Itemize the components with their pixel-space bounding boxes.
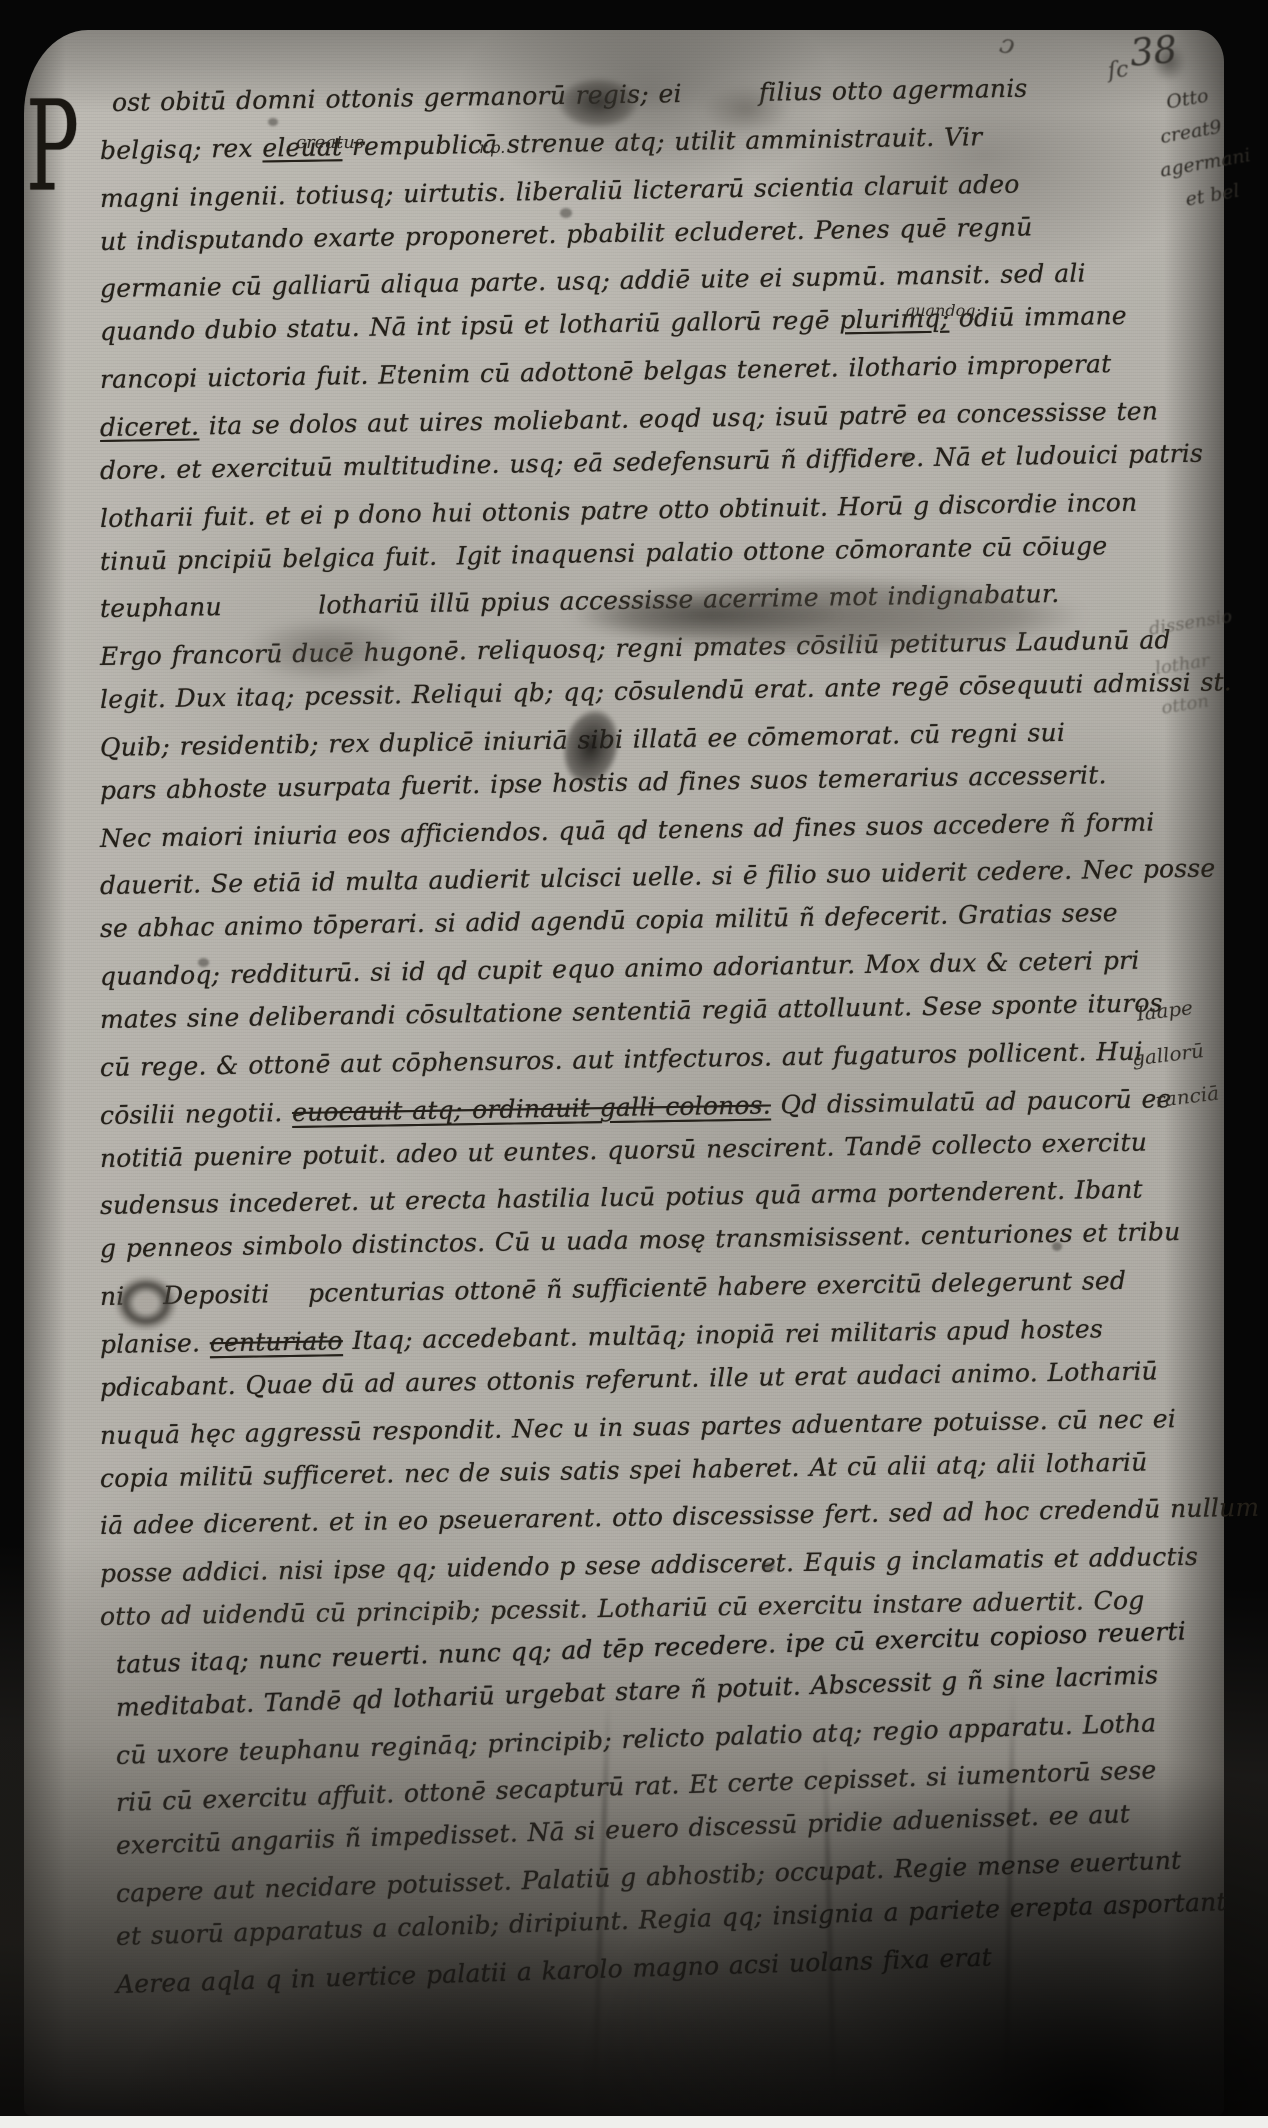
speck [268,118,278,126]
strikethrough-text: euocauit atq; ordinauit galli colonos. [292,1090,771,1127]
bottom-edge-strip [0,2116,1268,2128]
manuscript-line: rancopi uictoria fuit. Etenim cū adotton… [100,343,1190,400]
manuscript-line: ost obitū domni ottonis germanorū regis;… [112,66,1202,123]
manuscript-line: Nec maiori iniuria eos afficiendos. quā … [100,802,1190,859]
speck [560,208,572,218]
interlinear-addition: creatus [296,132,364,153]
manuscript-line: cū rege. & ottonē aut cōphensuros. aut i… [100,1031,1190,1088]
manuscript-line: teuphanu lothariū illū ppius accessisse … [100,572,1190,629]
interlinear-addition: .r.p. [474,138,505,157]
interlinear-addition: quandoq; [905,301,981,320]
manuscript-line: belgisq; rex eleuat rempublicā strenue a… [100,114,1190,171]
text-block: ost obitū domni ottonis germanorū regis;… [0,0,1268,2128]
manuscript-photo: 38 ɔ ſc P ost obitū domni ottonis german… [0,0,1268,2128]
strikethrough-text: centuriato [210,1326,343,1357]
margin-note-line: ranciā [1153,1071,1222,1122]
manuscript-line: iā adee dicerent. et in eo pseuerarent. … [100,1489,1190,1546]
expunction-underline: diceret. [100,411,200,442]
manuscript-line: ni Depositi pcenturias ottonē ñ sufficie… [100,1260,1190,1317]
speck [762,1562,775,1572]
speck [198,958,209,967]
speck [902,452,911,460]
speck [1052,1242,1062,1251]
